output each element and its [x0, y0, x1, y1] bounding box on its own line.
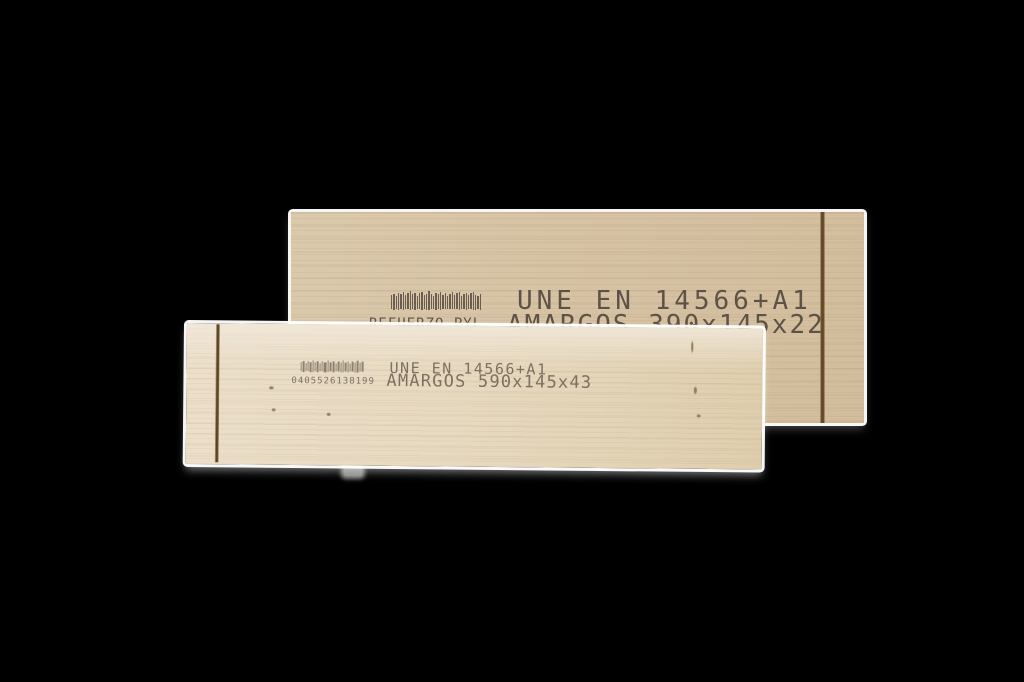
- front-board: UNE EN 14566+A1 0405526138199 AMARGOS 59…: [186, 323, 763, 470]
- wood-knot: [268, 386, 274, 390]
- wood-knot: [271, 408, 276, 412]
- wood-grain-streak: [693, 386, 697, 395]
- wood-grain-streak: [691, 340, 694, 354]
- product-photo: UNE EN 14566+A1 REFUERZO PYL AMARGOS 390…: [0, 0, 1024, 682]
- edge-shadow-smudge: [344, 468, 362, 476]
- product-code-text: 0405526138199: [291, 376, 375, 387]
- wood-knot: [696, 414, 701, 418]
- wood-knot: [326, 412, 331, 416]
- product-stamp-text: AMARGOS 590x145x43: [386, 371, 592, 393]
- barcode-icon: [391, 291, 483, 316]
- wood-groove-line: [820, 212, 825, 423]
- wood-groove-line: [215, 324, 220, 462]
- barcode-icon: [300, 358, 364, 378]
